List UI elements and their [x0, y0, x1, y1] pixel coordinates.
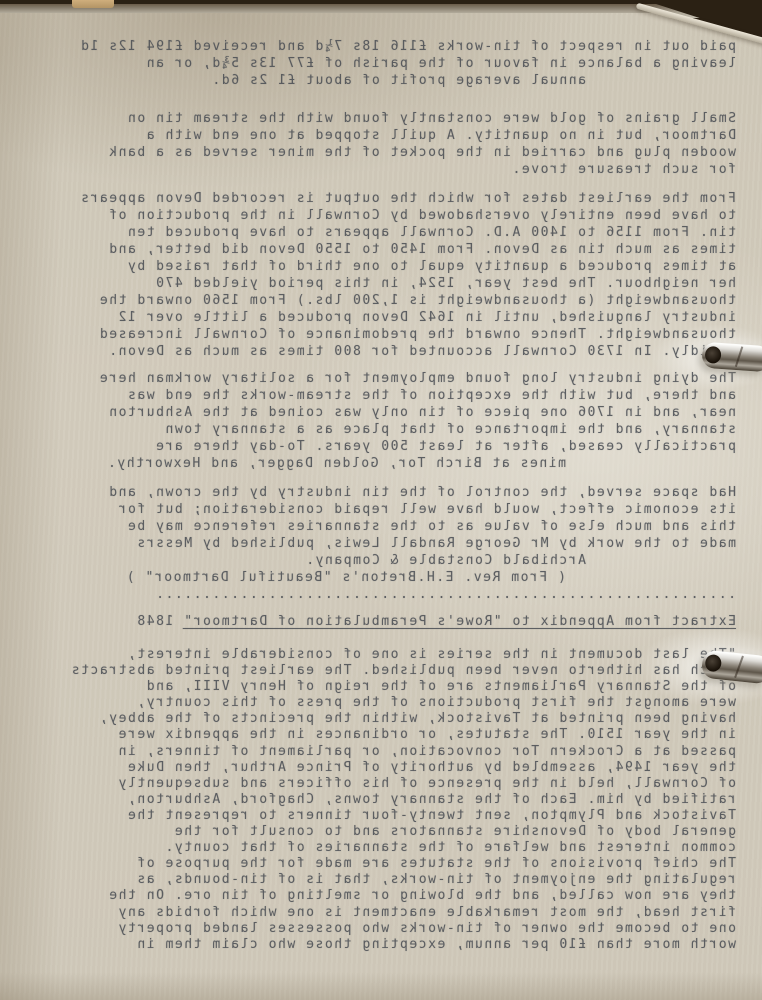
typed-line: annual average profit of about £1 2s 6d.	[22, 72, 736, 89]
typed-line: "The last document in the series is one …	[22, 647, 736, 663]
typed-line: near, and in 1706 one piece of tin only …	[22, 404, 736, 421]
typed-line: thousandweight. Thence onward the predom…	[22, 326, 736, 343]
typed-line: its economic effect, would have well rep…	[22, 501, 736, 518]
binder-ring-top-icon	[701, 342, 762, 373]
typed-line: mines at Birch Tor, Golden Dagger, and H…	[22, 455, 736, 472]
typed-line: her neighbour. The best year, 1524, in t…	[22, 275, 736, 292]
section-heading-year: 1848	[136, 614, 183, 629]
typed-line: passed at a Crockern Tor convocation, or…	[22, 744, 736, 760]
tape-fragment	[72, 0, 114, 8]
typed-line: in the year 1510. The statutes, or ordin…	[22, 727, 736, 743]
typed-line: stannary, and the importance of that pla…	[22, 421, 736, 438]
paragraph: The dying industry long found employment…	[22, 370, 736, 472]
typed-line: leaving a balance in favour of the paris…	[22, 55, 736, 72]
typed-line: wooden plug and carried in the pocket of…	[22, 144, 736, 161]
typed-line: ( From Rev. E.H.Breton's "Beautiful Dart…	[22, 569, 736, 586]
typed-line: were amongst the first productions of th…	[22, 695, 736, 711]
typed-line: of the Stannary Parliaments are of the r…	[22, 679, 736, 695]
typed-line: worth more than £10 per annum, excepting…	[22, 937, 736, 953]
typed-line: paid out in respect of tin-works £116 18…	[22, 38, 736, 55]
typed-line: Tavistock and Plympton, sent twenty-four…	[22, 808, 736, 824]
typed-line: The dying industry long found employment…	[22, 370, 736, 387]
typed-line: they are now called, and the blowing or …	[22, 888, 736, 904]
typed-line: for such treasure trove.	[22, 161, 736, 178]
typed-line: general body of Devonshire stannators an…	[22, 824, 736, 840]
typed-line: regulating the enjoyment of tin-works, t…	[22, 872, 736, 888]
section-heading: Extract from Appendix to "Rowe's Perambu…	[22, 613, 736, 630]
paragraph: paid out in respect of tin-works £116 18…	[22, 38, 736, 89]
typed-line: ratified by him. Each of the stannary to…	[22, 792, 736, 808]
typed-line: thousandweight (a thousandweight is 1,20…	[22, 292, 736, 309]
typed-line: tin. From 1156 to 1400 A.D. Cornwall app…	[22, 224, 736, 241]
typed-line: first head, the most remarkable enactmen…	[22, 905, 736, 921]
section-heading-underlined: Extract from Appendix to "Rowe's Perambu…	[183, 614, 736, 629]
typed-line: From the earliest dates for which the ou…	[22, 190, 736, 207]
paragraph: Had space served, the control of the tin…	[22, 484, 736, 586]
paragraph: "The last document in the series is one …	[22, 647, 736, 953]
typed-line: having been printed at Tavistock, within…	[22, 711, 736, 727]
typed-line: industry languished, until in 1642 Devon…	[22, 309, 736, 326]
typed-line: Had space served, the control of the tin…	[22, 484, 736, 501]
paragraph: Small grains of gold were constantly fou…	[22, 110, 736, 178]
typed-line: the year 1494, assembled by authority of…	[22, 760, 736, 776]
typed-line: made to the work by Mr George Randall Le…	[22, 535, 736, 552]
typed-line: at times produced a quantity equal to on…	[22, 258, 736, 275]
typed-line: Archibald Constable & Company.	[22, 552, 736, 569]
typed-text-block: paid out in respect of tin-works £116 18…	[22, 38, 736, 953]
typed-line: one to become the owner of tin-works who…	[22, 921, 736, 937]
typed-line: The chief provisions of the statutes are…	[22, 856, 736, 872]
dotted-separator: ........................................…	[22, 586, 736, 603]
typed-line: common interest and welfare of the stann…	[22, 840, 736, 856]
typed-line: practically ceased, after at least 500 y…	[22, 438, 736, 455]
typed-line: Dartmoor, but in no quantity. A quill st…	[22, 127, 736, 144]
typed-line: to have been entirely overshadowed by Co…	[22, 207, 736, 224]
typed-line: Small grains of gold were constantly fou…	[22, 110, 736, 127]
typed-line: which has hitherto never been published.…	[22, 663, 736, 679]
typed-line: and there, but with the exception of the…	[22, 387, 736, 404]
typed-line: times as much tin as Devon. From 1450 to…	[22, 241, 736, 258]
photo-background: paid out in respect of tin-works £116 18…	[0, 0, 762, 1000]
typed-line: this and much else of value as to the st…	[22, 518, 736, 535]
typed-line: rapidly. In 1730 Cornwall accounted for …	[22, 343, 736, 360]
paragraph: From the earliest dates for which the ou…	[22, 190, 736, 360]
typed-line: of Cornwall, held in the presence of his…	[22, 776, 736, 792]
